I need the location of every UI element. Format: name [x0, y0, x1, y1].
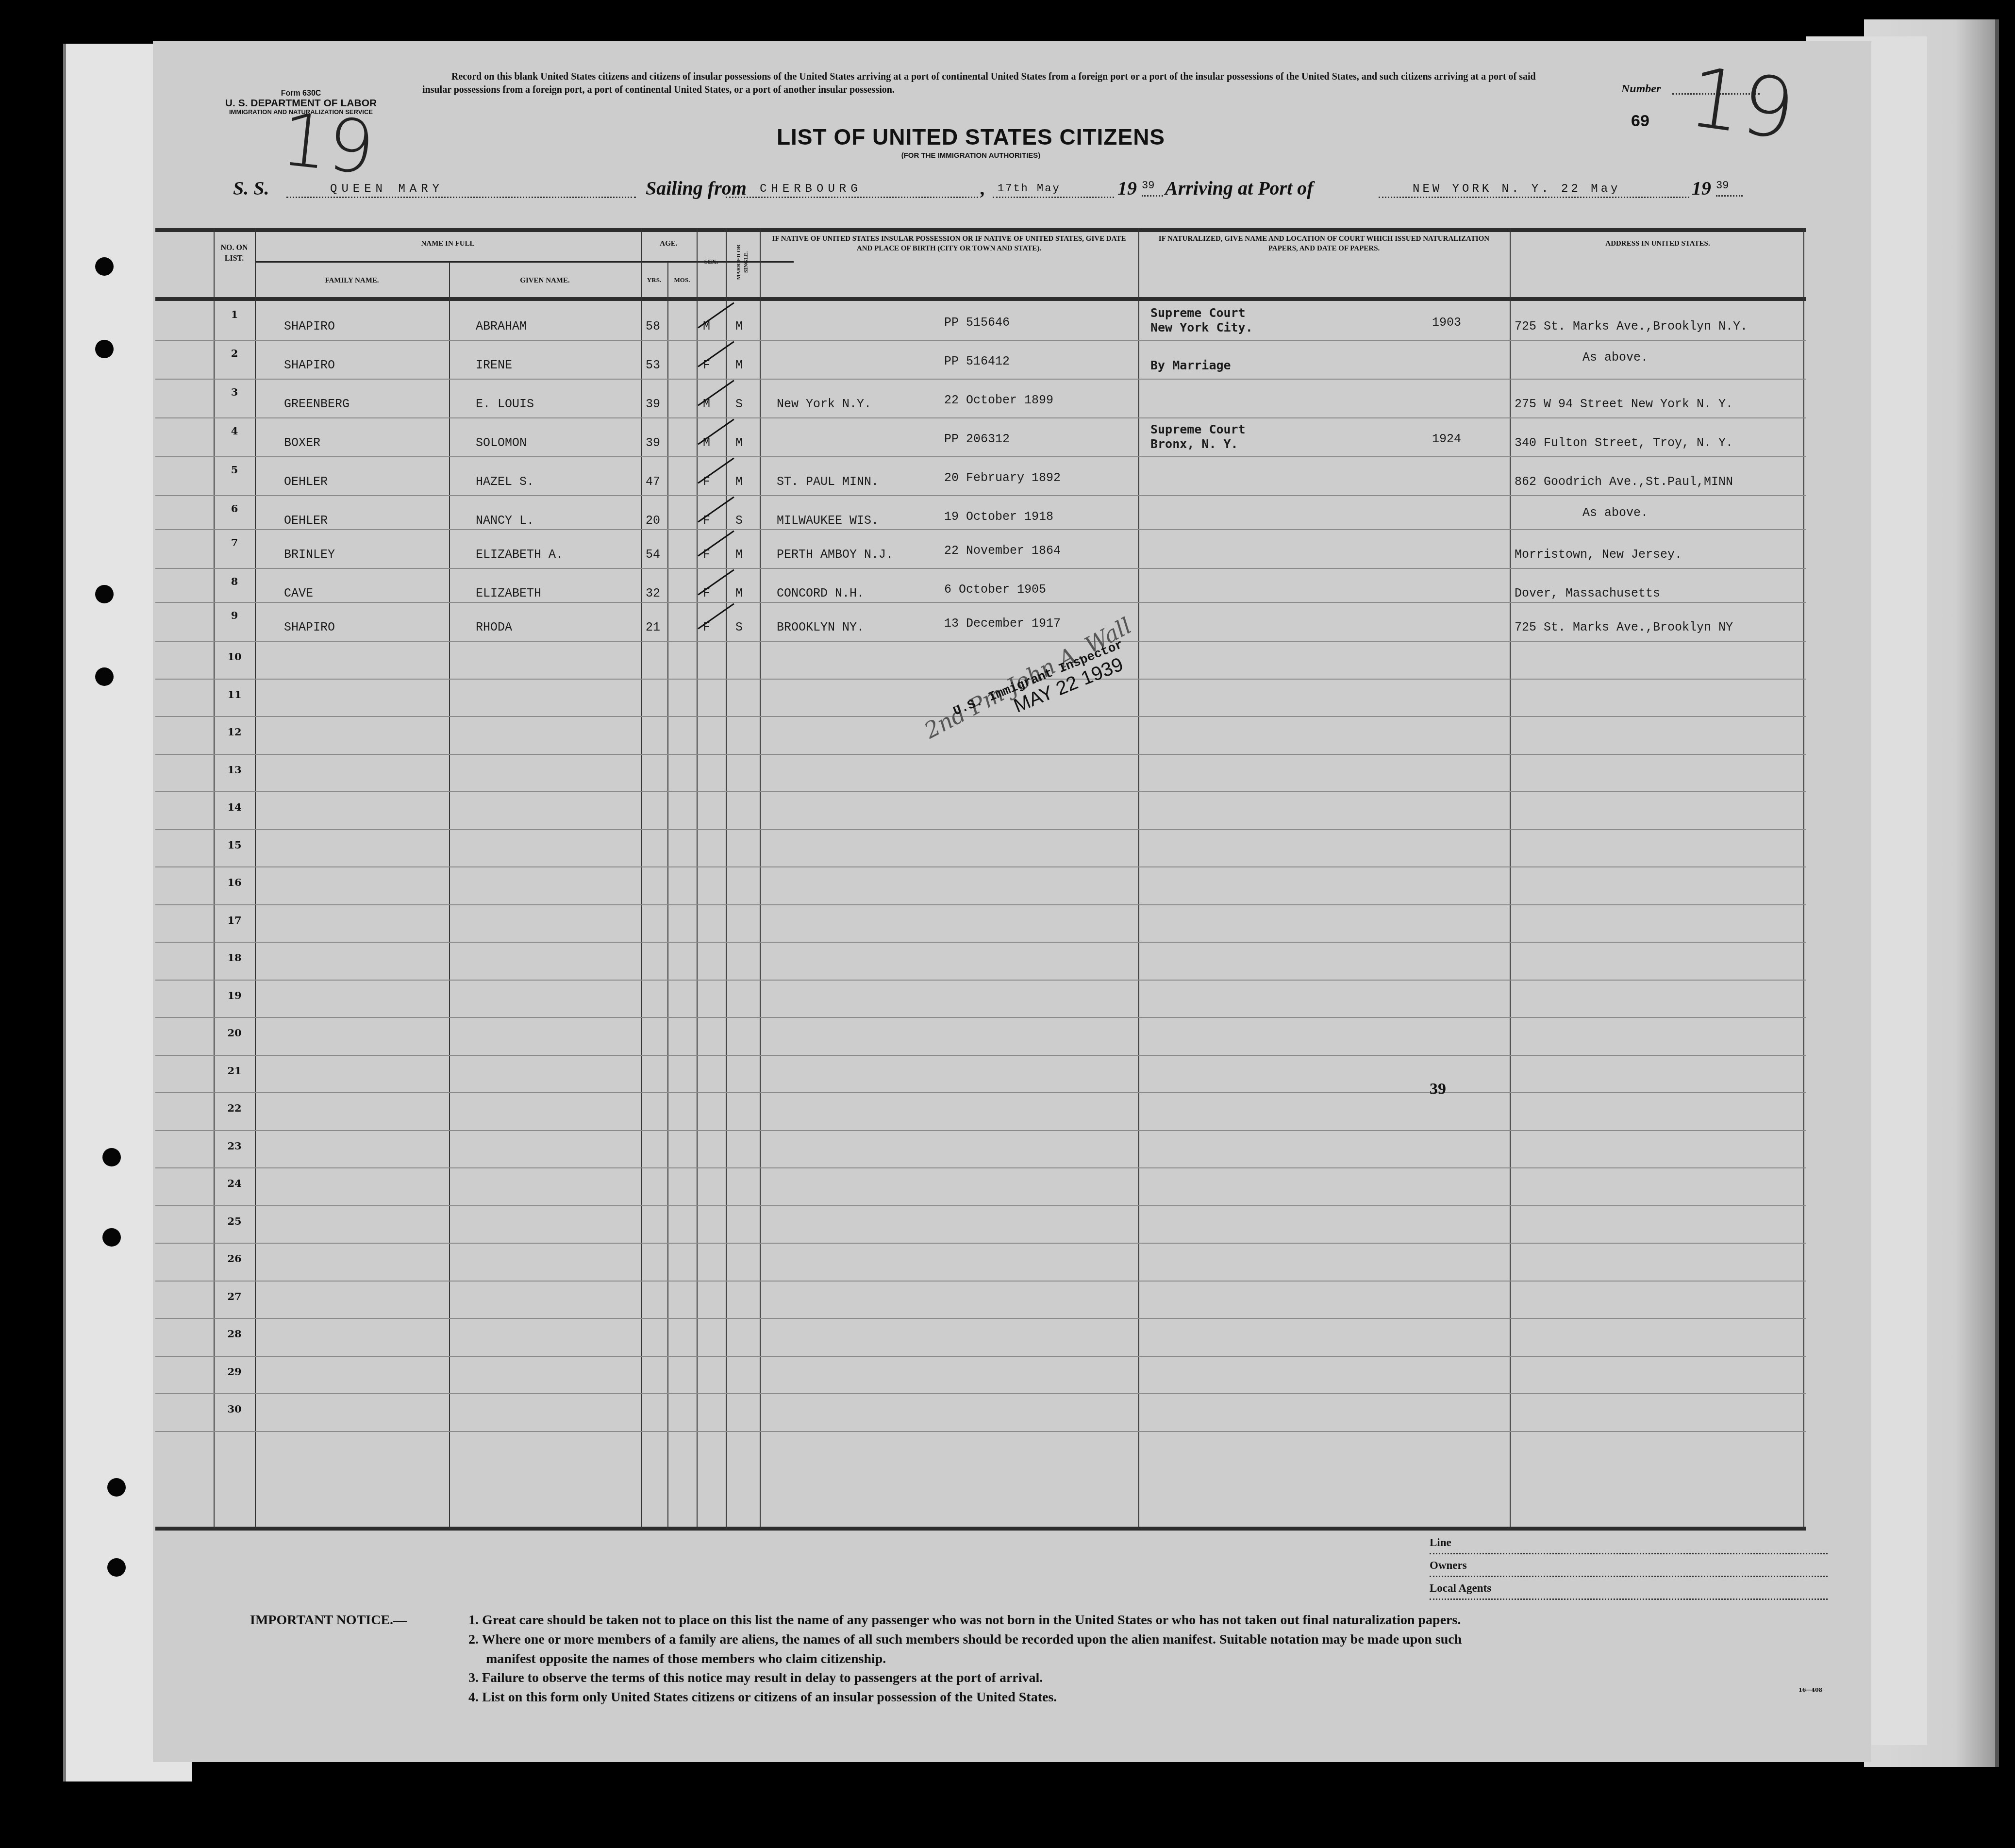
- row-number: 1: [217, 308, 251, 320]
- marital-cell: S: [735, 514, 743, 528]
- notice-item: 4. List on this form only United States …: [468, 1688, 1852, 1707]
- age-cell: 20: [646, 514, 660, 528]
- row-number: 3: [217, 386, 251, 398]
- row-rule: [155, 980, 1806, 981]
- row-number: 20: [217, 1027, 251, 1039]
- row-rule: [155, 679, 1806, 680]
- rule-header-bottom: [155, 297, 1806, 301]
- birth-date-cell: PP 206312: [944, 432, 1010, 446]
- ss-label: S. S.: [233, 177, 269, 200]
- marital-cell: S: [735, 620, 743, 634]
- given-name-cell: ELIZABETH: [476, 586, 541, 600]
- row-number: 19: [217, 989, 251, 1001]
- row-rule: [155, 641, 1806, 642]
- page-subtitle: (FOR THE IMMIGRATION AUTHORITIES): [583, 151, 1359, 160]
- row-rule: [155, 1130, 1806, 1131]
- row-rule: [155, 754, 1806, 755]
- rule-top: [155, 228, 1806, 232]
- row-number: 6: [217, 502, 251, 515]
- col-rule: [1138, 228, 1139, 1529]
- row-number: 28: [217, 1328, 251, 1340]
- header-naturalized: If naturalized, give name and location o…: [1148, 234, 1500, 254]
- given-name-cell: ELIZABETH A.: [476, 548, 563, 562]
- check-mark: [698, 302, 734, 328]
- row-rule: [155, 829, 1806, 830]
- address-cell: 725 St. Marks Ave.,Brooklyn N.Y.: [1515, 319, 1748, 333]
- row-rule: [155, 568, 1806, 569]
- number-handwritten: 19: [1683, 49, 1800, 159]
- page-title: LIST OF UNITED STATES CITIZENS: [583, 124, 1359, 150]
- header-mos: Mos.: [667, 276, 697, 284]
- court-location-cell: New York City.: [1150, 320, 1253, 334]
- row-number: 7: [217, 536, 251, 549]
- birth-date-cell: 19 October 1918: [944, 510, 1053, 524]
- row-number: 11: [217, 688, 251, 700]
- col-rule: [255, 228, 256, 1529]
- birth-place-cell: New York N.Y.: [777, 397, 871, 411]
- row-number: 24: [217, 1177, 251, 1189]
- row-number: 10: [217, 650, 251, 663]
- given-name-cell: HAZEL S.: [476, 475, 534, 489]
- handwritten-page-number: 19: [277, 98, 378, 191]
- marital-cell: M: [735, 319, 743, 333]
- row-rule: [155, 1243, 1806, 1244]
- given-name-cell: ABRAHAM: [476, 319, 527, 333]
- row-number: 21: [217, 1065, 251, 1077]
- owners-label: Owners: [1430, 1559, 1467, 1571]
- col-rule: [667, 262, 668, 1529]
- row-rule: [155, 1356, 1806, 1357]
- age-cell: 47: [646, 475, 660, 489]
- header-sex: Sex.: [697, 257, 726, 266]
- comma: ,: [981, 177, 985, 200]
- row-number: 26: [217, 1252, 251, 1265]
- given-name-cell: E. LOUIS: [476, 397, 534, 411]
- birth-date-cell: 22 October 1899: [944, 393, 1053, 407]
- family-name-cell: SHAPIRO: [284, 620, 335, 634]
- punch-hole: [102, 1228, 121, 1247]
- address-cell: 340 Fulton Street, Troy, N. Y.: [1515, 436, 1733, 450]
- number-printed: 69: [1631, 112, 1649, 131]
- row-number: 15: [217, 839, 251, 851]
- row-rule: [155, 1092, 1806, 1093]
- row-rule: [155, 417, 1806, 418]
- given-name-cell: NANCY L.: [476, 514, 534, 528]
- header-given-name: Given Name.: [449, 276, 641, 285]
- notice-item: 2. Where one or more members of a family…: [468, 1630, 1852, 1649]
- row-rule: [155, 1318, 1806, 1319]
- col-rule: [760, 228, 761, 1529]
- given-name-cell: SOLOMON: [476, 436, 527, 450]
- row-rule: [155, 866, 1806, 867]
- row-number: 25: [217, 1215, 251, 1227]
- rule-bottom: [155, 1527, 1806, 1531]
- marital-cell: M: [735, 436, 743, 450]
- row-number: 14: [217, 801, 251, 813]
- birth-date-cell: 20 February 1892: [944, 471, 1061, 485]
- check-mark: [698, 496, 734, 522]
- row-number: 17: [217, 914, 251, 926]
- row-rule: [155, 340, 1806, 341]
- header-birth: If native of United States insular posse…: [769, 234, 1129, 254]
- court-cell: By Marriage: [1150, 358, 1231, 372]
- row-number: 4: [217, 425, 251, 437]
- age-cell: 39: [646, 436, 660, 450]
- col-rule: [697, 228, 698, 1529]
- age-cell: 53: [646, 358, 660, 372]
- family-name-cell: BOXER: [284, 436, 320, 450]
- header-married-single: Married or Single.: [735, 243, 750, 282]
- notice-item: 3. Failure to observe the terms of this …: [468, 1668, 1852, 1688]
- court-location-cell: Bronx, N. Y.: [1150, 437, 1238, 451]
- notice-item: 1. Great care should be taken not to pla…: [468, 1611, 1852, 1630]
- line-label: Line: [1430, 1536, 1451, 1548]
- age-cell: 32: [646, 586, 660, 600]
- owners-field: Owners: [1430, 1559, 1828, 1577]
- punch-hole: [107, 1478, 126, 1497]
- row-rule: [155, 1017, 1806, 1018]
- row-rule: [155, 791, 1806, 792]
- header-name-in-full: Name in Full: [255, 239, 641, 249]
- year-prefix-2: 19: [1692, 177, 1711, 200]
- row-rule: [155, 1055, 1806, 1056]
- family-name-cell: SHAPIRO: [284, 319, 335, 333]
- birth-date-cell: 22 November 1864: [944, 544, 1061, 558]
- address-cell: As above.: [1515, 506, 1648, 520]
- year-suffix-1: 39: [1142, 180, 1163, 197]
- age-cell: 54: [646, 548, 660, 562]
- header-yrs: Yrs.: [641, 276, 667, 284]
- row-number: 5: [217, 464, 251, 476]
- address-cell: 275 W 94 Street New York N. Y.: [1515, 397, 1733, 411]
- marital-cell: M: [735, 548, 743, 562]
- header-no-on-list: No. on List.: [214, 243, 255, 264]
- row-number: 18: [217, 951, 251, 964]
- agents-label: Local Agents: [1430, 1582, 1491, 1594]
- col-rule: [1803, 228, 1804, 1529]
- birth-place-cell: CONCORD N.H.: [777, 586, 864, 600]
- port-from: CHERBOURG: [726, 183, 978, 198]
- punch-hole: [95, 667, 114, 686]
- check-mark: [698, 341, 734, 367]
- birth-place-cell: MILWAUKEE WIS.: [777, 514, 879, 528]
- notice-item: manifest opposite the names of those mem…: [468, 1649, 1852, 1669]
- court-cell: Supreme Court: [1150, 306, 1246, 320]
- row-number: 2: [217, 347, 251, 359]
- punch-hole: [95, 585, 114, 603]
- number-label: Number: [1621, 83, 1661, 96]
- punch-hole: [102, 1148, 121, 1166]
- row-rule: [155, 456, 1806, 457]
- age-cell: 39: [646, 397, 660, 411]
- row-number: 16: [217, 876, 251, 888]
- family-name-cell: BRINLEY: [284, 548, 335, 562]
- birth-date-cell: 13 December 1917: [944, 616, 1061, 631]
- court-cell: Supreme Court: [1150, 422, 1246, 436]
- check-mark: [698, 569, 734, 595]
- departure-date: 17th May: [993, 183, 1114, 198]
- age-cell: 21: [646, 620, 660, 634]
- row-rule: [155, 1167, 1806, 1168]
- birth-date-cell: PP 516412: [944, 354, 1010, 368]
- row-number: 23: [217, 1140, 251, 1152]
- col-rule: [1510, 228, 1511, 1529]
- col-rule: [214, 228, 215, 1529]
- marital-cell: M: [735, 586, 743, 600]
- header-address: Address in United States.: [1515, 239, 1801, 249]
- ship-name: QUEEN MARY: [286, 183, 636, 198]
- address-cell: 725 St. Marks Ave.,Brooklyn NY: [1515, 620, 1733, 634]
- header-age: Age.: [641, 239, 697, 249]
- check-mark: [698, 380, 734, 406]
- address-cell: 862 Goodrich Ave.,St.Paul,MINN: [1515, 475, 1733, 489]
- form-number: Form 630C: [199, 90, 403, 98]
- family-name-cell: SHAPIRO: [284, 358, 335, 372]
- family-name-cell: CAVE: [284, 586, 313, 600]
- birth-date-cell: PP 515646: [944, 316, 1010, 330]
- age-cell: 58: [646, 319, 660, 333]
- marital-cell: M: [735, 475, 743, 489]
- intro-text: Record on this blank United States citiz…: [422, 70, 1558, 97]
- papers-date-cell: 1903: [1432, 316, 1461, 330]
- family-name-cell: OEHLER: [284, 475, 328, 489]
- birth-date-cell: 6 October 1905: [944, 583, 1046, 597]
- form-code: 16—408: [1799, 1687, 1822, 1693]
- footer-fields: Line Owners Local Agents: [1430, 1536, 1828, 1605]
- row-rule: [155, 1281, 1806, 1282]
- row-number: 13: [217, 764, 251, 776]
- check-mark: [698, 530, 734, 556]
- family-name-cell: OEHLER: [284, 514, 328, 528]
- col-rule: [641, 228, 642, 1529]
- row-rule: [155, 942, 1806, 943]
- header-family-name: Family Name.: [255, 276, 449, 285]
- papers-date-cell: 1924: [1432, 432, 1461, 446]
- row-rule: [155, 1431, 1806, 1432]
- punch-hole: [95, 340, 114, 358]
- row-rule: [155, 529, 1806, 530]
- passenger-table: No. on List. Name in Full Family Name. G…: [155, 228, 1806, 1534]
- row-number: 9: [217, 609, 251, 621]
- birth-place-cell: PERTH AMBOY N.J.: [777, 548, 893, 562]
- line-field: Line: [1430, 1536, 1828, 1554]
- marital-cell: S: [735, 397, 743, 411]
- punch-hole: [107, 1558, 126, 1577]
- address-cell: Dover, Massachusetts: [1515, 586, 1660, 600]
- given-name-cell: RHODA: [476, 620, 512, 634]
- address-cell: As above.: [1515, 350, 1648, 365]
- row-number: 29: [217, 1365, 251, 1378]
- row-number: 27: [217, 1290, 251, 1302]
- year-suffix-2: 39: [1716, 180, 1743, 197]
- punch-hole: [95, 257, 114, 276]
- port-to: NEW YORK N. Y. 22 May: [1379, 183, 1689, 198]
- row-rule: [155, 1205, 1806, 1206]
- row-rule: [155, 602, 1806, 603]
- family-name-cell: GREENBERG: [284, 397, 350, 411]
- row-rule: [155, 904, 1806, 905]
- row-number: 12: [217, 726, 251, 738]
- address-cell: Morristown, New Jersey.: [1515, 548, 1682, 562]
- row-rule: [155, 1393, 1806, 1394]
- voyage-line: S. S. QUEEN MARY Sailing from CHERBOURG …: [233, 180, 1777, 204]
- row-rule: [155, 379, 1806, 380]
- check-mark: [698, 418, 734, 445]
- given-name-cell: IRENE: [476, 358, 512, 372]
- row-rule: [155, 495, 1806, 496]
- check-mark: [698, 457, 734, 483]
- col-rule: [449, 262, 450, 1529]
- notice-items: 1. Great care should be taken not to pla…: [468, 1611, 1852, 1707]
- arriving-label: Arriving at Port of: [1165, 177, 1314, 200]
- notice-heading: IMPORTANT NOTICE.—: [250, 1611, 407, 1630]
- birth-place-cell: BROOKLYN NY.: [777, 620, 864, 634]
- row-number: 22: [217, 1102, 251, 1114]
- agents-field: Local Agents: [1430, 1582, 1828, 1600]
- marital-cell: M: [735, 358, 743, 372]
- birth-place-cell: ST. PAUL MINN.: [777, 475, 879, 489]
- page-total: 39: [1430, 1080, 1446, 1099]
- row-number: 30: [217, 1403, 251, 1415]
- check-mark: [698, 603, 734, 629]
- year-prefix-1: 19: [1117, 177, 1137, 200]
- row-number: 8: [217, 575, 251, 587]
